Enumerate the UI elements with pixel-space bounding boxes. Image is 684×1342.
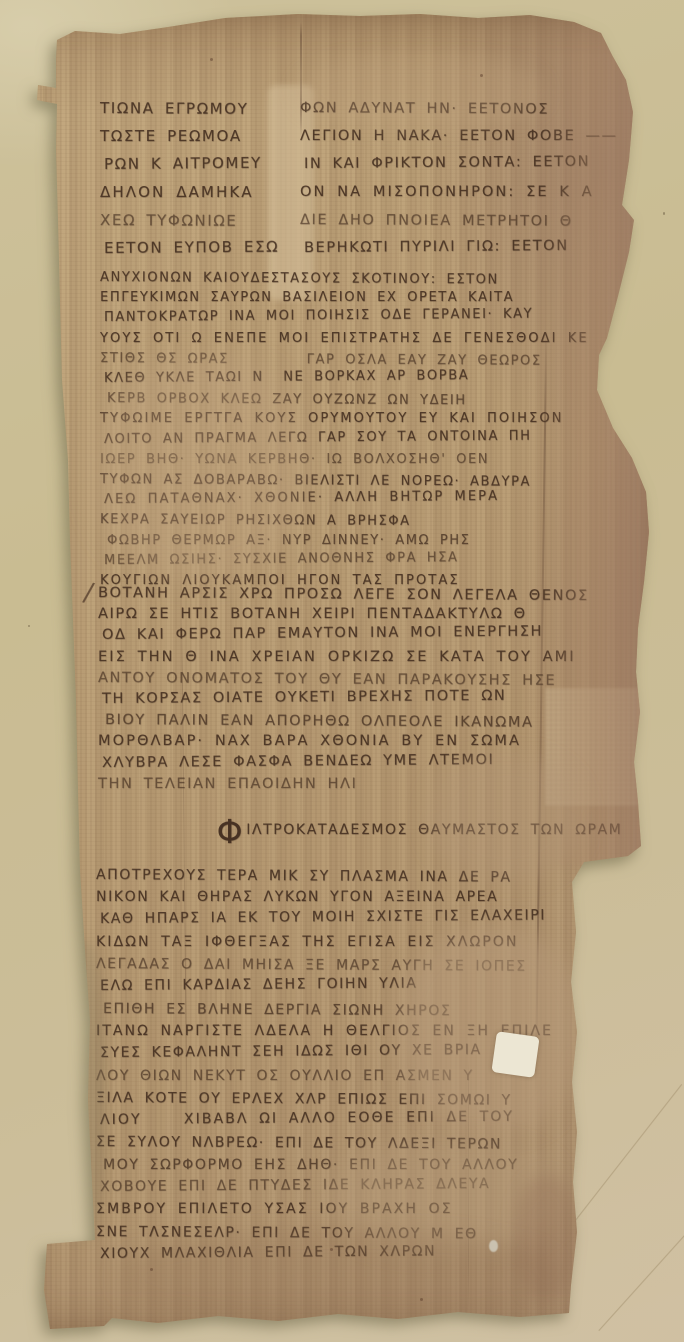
papyrus-sheet: ΤΙΩΝΑ ΕΓΡΩΜΟΥΤΩΣΤΕ ΡΕΩΜΟΑΡΩΝ Κ ΑΙΤΡΟΜΕΥΔ… [0,0,684,1342]
edge-darkening-vignette [0,0,684,1342]
papyrus-sheet-wrapper: ΤΙΩΝΑ ΕΓΡΩΜΟΥΤΩΣΤΕ ΡΕΩΜΟΑΡΩΝ Κ ΑΙΤΡΟΜΕΥΔ… [0,0,684,1342]
photo-of-papyrus-manuscript: ΤΙΩΝΑ ΕΓΡΩΜΟΥΤΩΣΤΕ ΡΕΩΜΟΑΡΩΝ Κ ΑΙΤΡΟΜΕΥΔ… [0,0,684,1342]
